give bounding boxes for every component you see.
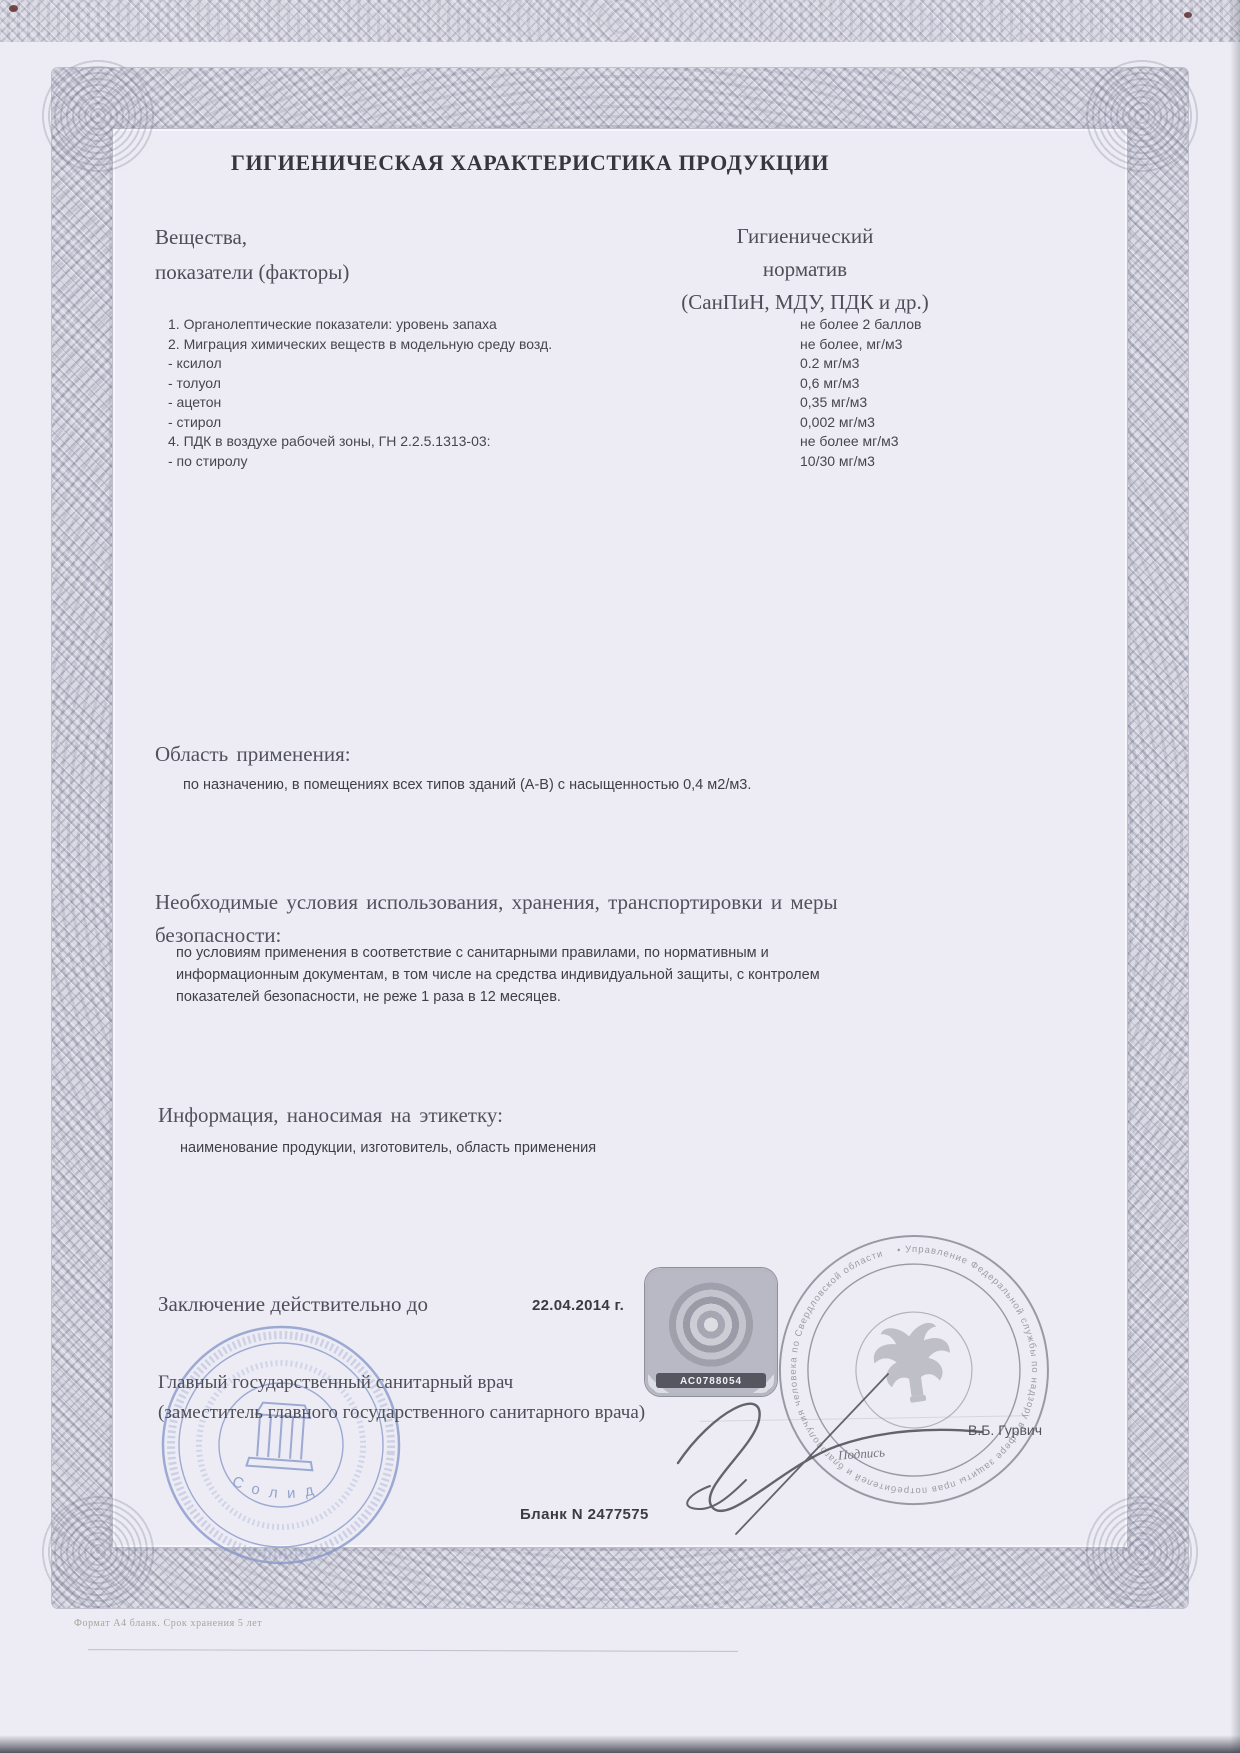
substance-cell: - толуол xyxy=(168,375,800,395)
norm-header-line3: (СанПиН, МДУ, ПДК и др.) xyxy=(640,286,970,319)
norm-cell: 0,35 мг/м3 xyxy=(800,394,1108,414)
conditions-body-line2: информационным документам, в том числе н… xyxy=(176,964,1056,986)
column-header-norm: Гигиенический норматив (СанПиН, МДУ, ПДК… xyxy=(640,220,970,319)
substance-cell: - по стиролу xyxy=(168,453,800,473)
norm-cell: 10/30 мг/м3 xyxy=(800,453,1108,473)
blank-number: Бланк N 2477575 xyxy=(520,1506,649,1523)
substance-cell: 1. Органолептические показатели: уровень… xyxy=(168,316,800,336)
table-row: - толуол 0,6 мг/м3 xyxy=(168,375,1108,395)
table-row: 2. Миграция химических веществ в модельн… xyxy=(168,336,1108,356)
blue-stamp-center-text: С о л и д xyxy=(229,1473,320,1505)
label-info-heading: Информация, наносимая на этикетку: xyxy=(158,1103,503,1128)
table-row: - ксилол 0.2 мг/м3 xyxy=(168,355,1108,375)
footer-note: Формат А4 бланк. Срок хранения 5 лет xyxy=(74,1618,262,1629)
substances-table: 1. Органолептические показатели: уровень… xyxy=(168,316,1108,472)
norm-cell: не более 2 баллов xyxy=(800,316,1108,336)
corner-ornament xyxy=(1082,1492,1202,1612)
corner-ornament xyxy=(38,56,158,176)
signature-scrawl xyxy=(650,1368,995,1543)
substances-header-line2: показатели (факторы) xyxy=(155,255,349,290)
scan-artifact xyxy=(1184,12,1192,18)
conditions-heading-line1: Необходимые условия использования, хране… xyxy=(155,886,985,919)
conditions-body-line1: по условиям применения в соответствие с … xyxy=(176,942,1056,964)
table-row: - по стиролу 10/30 мг/м3 xyxy=(168,453,1108,473)
substance-cell: - ацетон xyxy=(168,394,800,414)
norm-cell: 0.2 мг/м3 xyxy=(800,355,1108,375)
substance-cell: 4. ПДК в воздухе рабочей зоны, ГН 2.2.5.… xyxy=(168,433,800,453)
norm-header-line2: норматив xyxy=(640,253,970,286)
label-info-body: наименование продукции, изготовитель, об… xyxy=(180,1137,940,1159)
scan-artifact xyxy=(9,5,18,12)
blue-org-stamp: С о л и д xyxy=(148,1312,415,1579)
norm-cell: 0,6 мг/м3 xyxy=(800,375,1108,395)
column-header-substances: Вещества, показатели (факторы) xyxy=(155,220,349,290)
scan-edge-shadow xyxy=(1230,0,1240,1753)
signoff-line2: (заместитель главного государственного с… xyxy=(158,1402,645,1424)
substance-cell: 2. Миграция химических веществ в модельн… xyxy=(168,336,800,356)
table-row: 4. ПДК в воздухе рабочей зоны, ГН 2.2.5.… xyxy=(168,433,1108,453)
validity-date: 22.04.2014 г. xyxy=(532,1297,624,1314)
substance-cell: - ксилол xyxy=(168,355,800,375)
scan-ruled-line xyxy=(88,1649,738,1652)
page-title: ГИГИЕНИЧЕСКАЯ ХАРАКТЕРИСТИКА ПРОДУКЦИИ xyxy=(150,150,910,176)
substance-cell: - стирол xyxy=(168,414,800,434)
substances-header-line1: Вещества, xyxy=(155,220,349,255)
conditions-body: по условиям применения в соответствие с … xyxy=(176,942,1056,1008)
top-guilloche-band xyxy=(0,0,1240,42)
validity-label: Заключение действительно до xyxy=(158,1292,428,1317)
scanned-certificate-page: ГИГИЕНИЧЕСКАЯ ХАРАКТЕРИСТИКА ПРОДУКЦИИ В… xyxy=(0,0,1240,1753)
conditions-body-line3: показателей безопасности, не реже 1 раза… xyxy=(176,986,1056,1008)
table-row: 1. Органолептические показатели: уровень… xyxy=(168,316,1108,336)
norm-cell: не более, мг/м3 xyxy=(800,336,1108,356)
scan-edge-shadow xyxy=(0,1735,1240,1753)
table-row: - ацетон 0,35 мг/м3 xyxy=(168,394,1108,414)
norm-cell: не более мг/м3 xyxy=(800,433,1108,453)
application-heading: Область применения: xyxy=(155,742,351,767)
application-body: по назначению, в помещениях всех типов з… xyxy=(183,774,1043,796)
corner-ornament xyxy=(38,1492,158,1612)
corner-ornament xyxy=(1082,56,1202,176)
norm-cell: 0,002 мг/м3 xyxy=(800,414,1108,434)
signoff-line1: Главный государственный санитарный врач xyxy=(158,1372,513,1394)
table-row: - стирол 0,002 мг/м3 xyxy=(168,414,1108,434)
norm-header-line1: Гигиенический xyxy=(640,220,970,253)
